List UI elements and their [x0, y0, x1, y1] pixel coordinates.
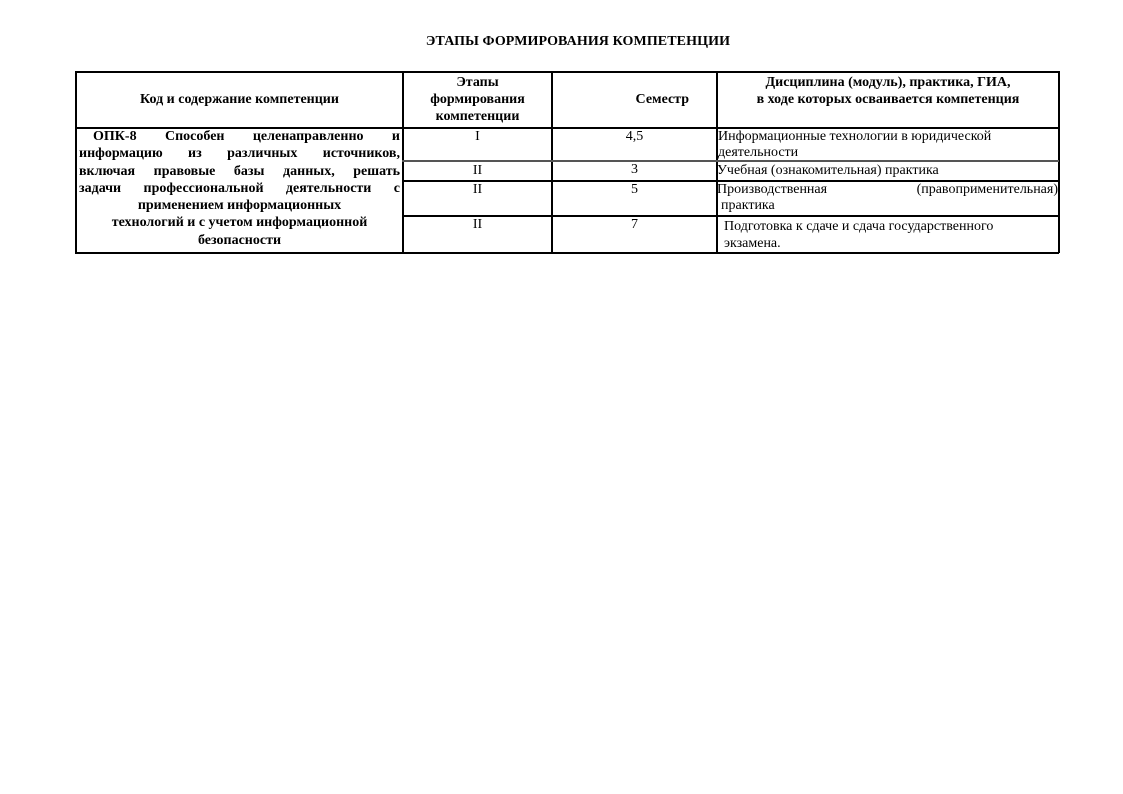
row-1-stage: I — [404, 128, 551, 145]
table-border-right — [1058, 71, 1060, 253]
row-2-discipline: Учебная (ознакомительная) практика — [717, 163, 1055, 179]
row-2-semester: 3 — [553, 161, 716, 178]
row-3-discipline: Производственная (правоприменительная) п… — [717, 182, 1058, 214]
discipline-text: деятельности — [718, 145, 1056, 161]
header-discipline: Дисциплина (модуль), практика, ГИА, в хо… — [718, 72, 1058, 110]
header-semester-label: Семестр — [636, 91, 689, 108]
competence-text-line: ОПК-8 Способен целенаправленно и — [79, 128, 400, 145]
header-stages-label: Этапы — [456, 74, 498, 91]
header-stages: Этапы формирования компетенции — [404, 71, 551, 127]
discipline-text: Производственная (правоприменительная) — [717, 182, 1058, 198]
row-3-semester: 5 — [553, 181, 716, 198]
row-4-discipline: Подготовка к сдаче и сдача государственн… — [724, 218, 1056, 252]
discipline-text: практика — [717, 198, 1058, 214]
row-1-semester: 4,5 — [553, 128, 716, 145]
discipline-text: экзамена. — [724, 235, 1056, 252]
row-4-semester: 7 — [553, 216, 716, 233]
competence-text-line: технологий и с учетом информационной — [79, 214, 400, 231]
competence-description: ОПК-8 Способен целенаправленно и информа… — [79, 128, 400, 249]
competence-text-line: информацию из различных источников, — [79, 145, 400, 162]
discipline-text: Информационные технологии в юридической — [718, 129, 1056, 145]
discipline-text: Учебная (ознакомительная) практика — [717, 163, 1055, 179]
header-competence-label: Код и содержание компетенции — [140, 91, 339, 108]
header-discipline-label: в ходе которых осваивается компетенция — [757, 91, 1020, 108]
discipline-text: Подготовка к сдаче и сдача государственн… — [724, 218, 1056, 235]
header-stages-label: компетенции — [436, 108, 520, 125]
row-4-stage: II — [404, 216, 551, 233]
header-competence: Код и содержание компетенции — [77, 72, 402, 127]
competence-stages-table: Код и содержание компетенции Этапы форми… — [75, 71, 1059, 253]
table-border-bottom — [75, 252, 1059, 254]
header-stages-label: формирования — [430, 91, 525, 108]
row-1-discipline: Информационные технологии в юридической … — [718, 129, 1056, 161]
document-title: ЭТАПЫ ФОРМИРОВАНИЯ КОМПЕТЕНЦИИ — [0, 34, 1123, 50]
competence-text-line: включая правовые базы данных, решать — [79, 163, 400, 180]
competence-text-line: безопасности — [79, 232, 400, 249]
competence-text-line: применением информационных — [79, 197, 400, 214]
competence-text-line: задачи профессиональной деятельности с — [79, 180, 400, 197]
row-2-stage: II — [404, 162, 551, 179]
row-3-stage: II — [404, 181, 551, 198]
header-semester: Семестр — [553, 72, 716, 127]
header-discipline-label: Дисциплина (модуль), практика, ГИА, — [766, 74, 1011, 91]
